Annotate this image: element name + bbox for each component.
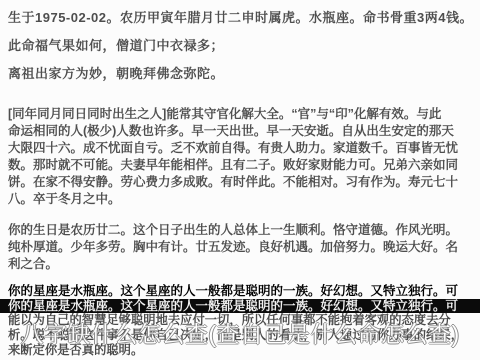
birthday-line-2: 纯朴厚道。少年多劳。胸中有计。廿五发迹。良好机遇。加倍努力。晚运大好。名 bbox=[8, 239, 474, 256]
zodiac-line-highlighted: 你的星座是水瓶座。这个星座的人一般都是聪明的一族。好幻想。又特立独行。可 bbox=[0, 299, 480, 313]
fate-note-line-1: [同年同月同日同时出生之人]能常其守官化解大全。“官”与“印”化解有效。与此 bbox=[8, 106, 474, 123]
fate-note-line-5: 饼。在家不得安静。劳心费力多成败。有时伴此。不能相对。习有作为。寿元七十 bbox=[8, 174, 474, 191]
birthday-section: 你的生日是农历廿二。这个日子出生的人总体上一生顺利。恪守道德。作风光明。 纯朴厚… bbox=[8, 222, 474, 273]
zodiac-line: 你的星座是水瓶座。这个星座的人一般都是聪明的一族。好幻想。又特立独行。可 bbox=[8, 284, 474, 299]
birth-info-section: 生于1975-02-02。农历甲寅年腊月廿二申时属虎。水瓶座。命书骨重3两4钱。… bbox=[8, 4, 474, 88]
birthday-line-3: 利之合。 bbox=[8, 256, 474, 273]
fate-note-line-4: 数。那时就不可能。夫妻早年能相伴。且有二子。败好家财能力可。兄弟六亲如同 bbox=[8, 157, 474, 174]
fate-note-line-3: 大限四十六。成不忧面自亏。乏不欢前自得。有贵人助力。家道数千。百事皆无忧 bbox=[8, 140, 474, 157]
article-page: 生于1975-02-02。农历甲寅年腊月廿二申时属虎。水瓶座。命书骨重3两4钱。… bbox=[0, 0, 480, 360]
verse-line-2: 离祖出家方为妙，朝晚拜佛念弥陀。 bbox=[8, 60, 474, 88]
page-title: 八字缺什么怎么查(查自己是什么命怎么查) bbox=[0, 316, 480, 349]
verse-line-1: 此命福气果如何，僧道门中衣禄多； bbox=[8, 32, 474, 60]
birthday-line-1: 你的生日是农历廿二。这个日子出生的人总体上一生顺利。恪守道德。作风光明。 bbox=[8, 222, 474, 239]
fate-note-section: [同年同月同日同时出生之人]能常其守官化解大全。“官”与“印”化解有效。与此 命… bbox=[8, 106, 474, 208]
fate-note-line-2: 命运相同的人(极少)人数也许多。早一天出世。早一天安逝。自从出生安定的那天 bbox=[8, 123, 474, 140]
birth-info-line: 生于1975-02-02。农历甲寅年腊月廿二申时属虎。水瓶座。命书骨重3两4钱。 bbox=[8, 4, 474, 32]
fate-note-line-6: 八。卒于冬月之中。 bbox=[8, 191, 474, 208]
